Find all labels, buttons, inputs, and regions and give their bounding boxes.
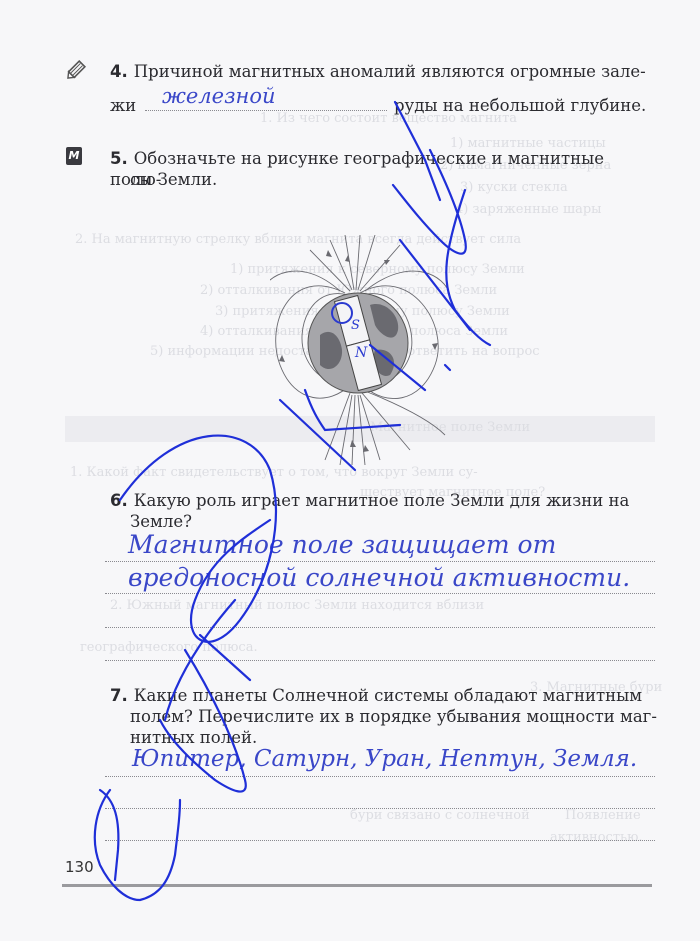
bleed-line: географического полюса. xyxy=(80,640,258,655)
question-number: 6. xyxy=(110,491,128,510)
earth-magnetic-field-figure: S N xyxy=(270,235,450,465)
answer-line xyxy=(145,110,387,111)
answer-4-handwritten[interactable]: железной xyxy=(162,84,276,108)
question-4-prefix: жи xyxy=(110,95,136,116)
answer-6-line1[interactable]: Магнитное поле защищает от xyxy=(128,530,556,559)
page-number: 130 xyxy=(65,858,94,876)
answer-line xyxy=(105,593,655,594)
bleed-line: активностью. xyxy=(550,830,643,845)
question-number: 5. xyxy=(110,149,128,168)
question-7: 7.Какие планеты Солнечной системы облада… xyxy=(110,685,655,706)
question-number: 4. xyxy=(110,62,128,81)
bleed-line: 2. Южный магнитный полюс Земли находится… xyxy=(110,598,484,613)
question-5-line2: сы Земли. xyxy=(130,169,217,190)
answer-line xyxy=(105,561,655,562)
answer-line xyxy=(105,776,655,777)
bleed-line: Появление xyxy=(565,808,641,823)
pencil-icon xyxy=(64,60,86,82)
answer-7-handwritten[interactable]: Юпитер, Сатурн, Уран, Нептун, Земля. xyxy=(132,746,637,772)
pole-label-s: S xyxy=(351,318,360,333)
m-badge-icon: M xyxy=(66,147,82,165)
question-7-line2: полем? Перечислите их в порядке убывания… xyxy=(130,706,657,727)
question-text: Какую роль играет магнитное поле Земли д… xyxy=(134,491,630,510)
m-badge-letter: M xyxy=(69,149,80,162)
question-4: 4.Причиной магнитных аномалий являются о… xyxy=(110,61,655,82)
pole-label-n: N xyxy=(354,345,368,361)
answer-line xyxy=(105,808,655,809)
answer-line xyxy=(105,840,655,841)
bleed-line: бури связано с солнечной xyxy=(350,808,530,823)
question-text: Какие планеты Солнечной системы обладают… xyxy=(134,686,642,705)
question-text: Причиной магнитных аномалий являются огр… xyxy=(134,62,646,81)
bleed-line: 1. Какой факт свидетельствует о том, что… xyxy=(70,465,478,480)
bottom-rule xyxy=(62,884,652,887)
question-6-line2: Земле? xyxy=(130,511,192,532)
answer-6-line2[interactable]: вредоносной солнечной активности. xyxy=(128,563,630,592)
question-6: 6.Какую роль играет магнитное поле Земли… xyxy=(110,490,655,511)
question-4-suffix: руды на небольшой глубине. xyxy=(394,95,646,116)
bleed-line: 4) заряженные шары xyxy=(455,202,602,217)
question-7-line3: нитных полей. xyxy=(130,727,257,748)
answer-line xyxy=(105,660,655,661)
answer-line xyxy=(105,627,655,628)
question-number: 7. xyxy=(110,686,128,705)
